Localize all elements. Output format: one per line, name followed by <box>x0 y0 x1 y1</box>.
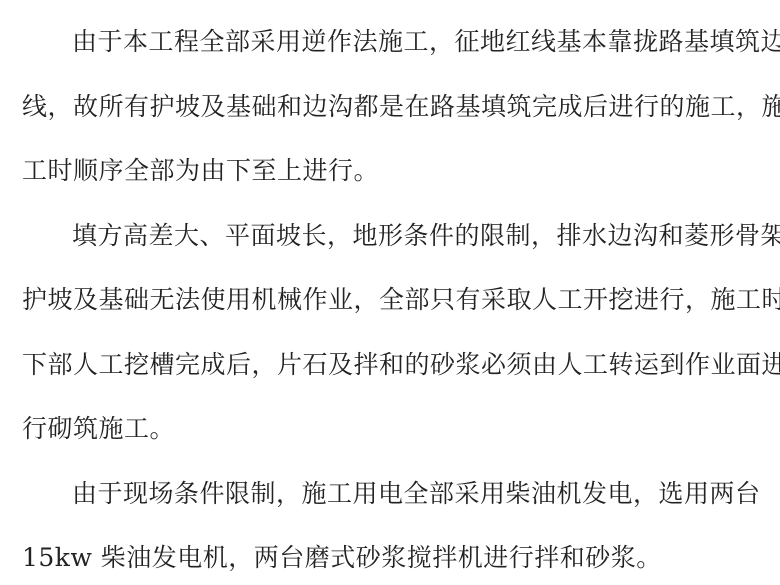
text-line: 由于本工程全部采用逆作法施工，征地红线基本靠拢路基填筑边 <box>22 10 772 75</box>
document-page: 由于本工程全部采用逆作法施工，征地红线基本靠拢路基填筑边 线，故所有护坡及基础和… <box>22 10 772 585</box>
paragraph-excavation-method: 由于本工程全部采用逆作法施工，征地红线基本靠拢路基填筑边 线，故所有护坡及基础和… <box>22 10 772 204</box>
paragraph-terrain-constraints: 填方高差大、平面坡长，地形条件的限制，排水边沟和菱形骨架 护坡及基础无法使用机械… <box>22 204 772 462</box>
text-line: 下部人工挖槽完成后，片石及拌和的砂浆必须由人工转运到作业面进 <box>22 333 772 398</box>
text-line: 填方高差大、平面坡长，地形条件的限制，排水边沟和菱形骨架 <box>22 204 772 269</box>
paragraph-power-supply: 由于现场条件限制，施工用电全部采用柴油机发电，选用两台 15kw 柴油发电机，两… <box>22 462 772 585</box>
text-line: 线，故所有护坡及基础和边沟都是在路基填筑完成后进行的施工，施 <box>22 75 772 140</box>
text-line: 15kw 柴油发电机，两台磨式砂浆搅拌机进行拌和砂浆。 <box>22 526 772 585</box>
text-line: 行砌筑施工。 <box>22 397 772 462</box>
text-line: 由于现场条件限制，施工用电全部采用柴油机发电，选用两台 <box>22 462 772 527</box>
text-line: 工时顺序全部为由下至上进行。 <box>22 139 772 204</box>
text-line: 护坡及基础无法使用机械作业，全部只有采取人工开挖进行，施工时 <box>22 268 772 333</box>
